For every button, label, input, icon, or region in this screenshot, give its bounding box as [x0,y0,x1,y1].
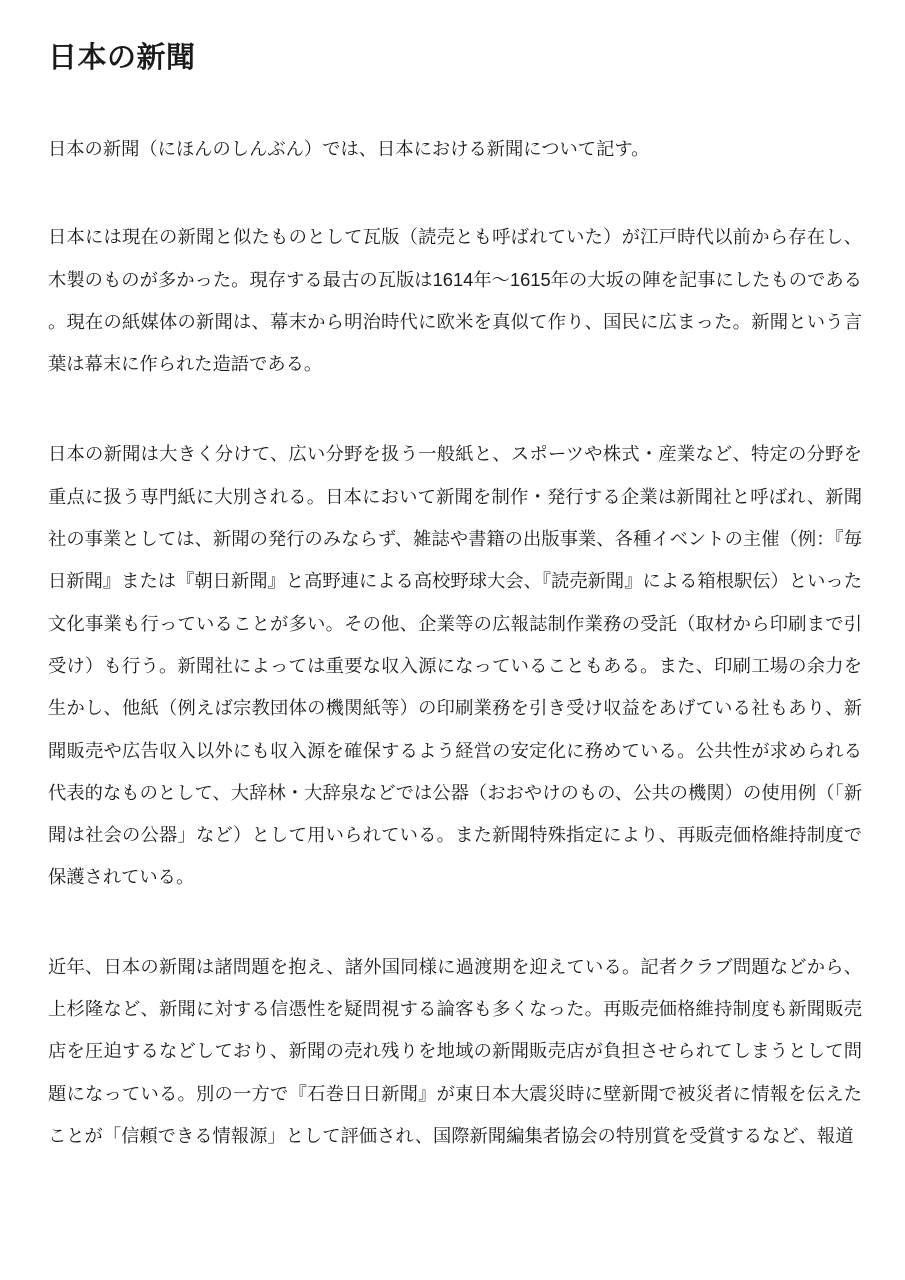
article-paragraph-intro: 日本の新聞（にほんのしんぶん）では、日本における新聞について記す。 [48,128,862,170]
article-paragraph-history: 日本には現在の新聞と似たものとして瓦版（読売とも呼ばれていた）が江戸時代以前から… [48,216,862,385]
article-title: 日本の新聞 [48,42,862,75]
article-paragraph-recent: 近年、日本の新聞は諸問題を抱え、諸外国同様に過渡期を迎えている。記者クラブ問題な… [48,946,862,1157]
article-paragraph-industry: 日本の新聞は大きく分けて、広い分野を扱う一般紙と、スポーツや株式・産業など、特定… [48,433,862,898]
article-page: 日本の新聞 日本の新聞（にほんのしんぶん）では、日本における新聞について記す。 … [0,0,905,1280]
